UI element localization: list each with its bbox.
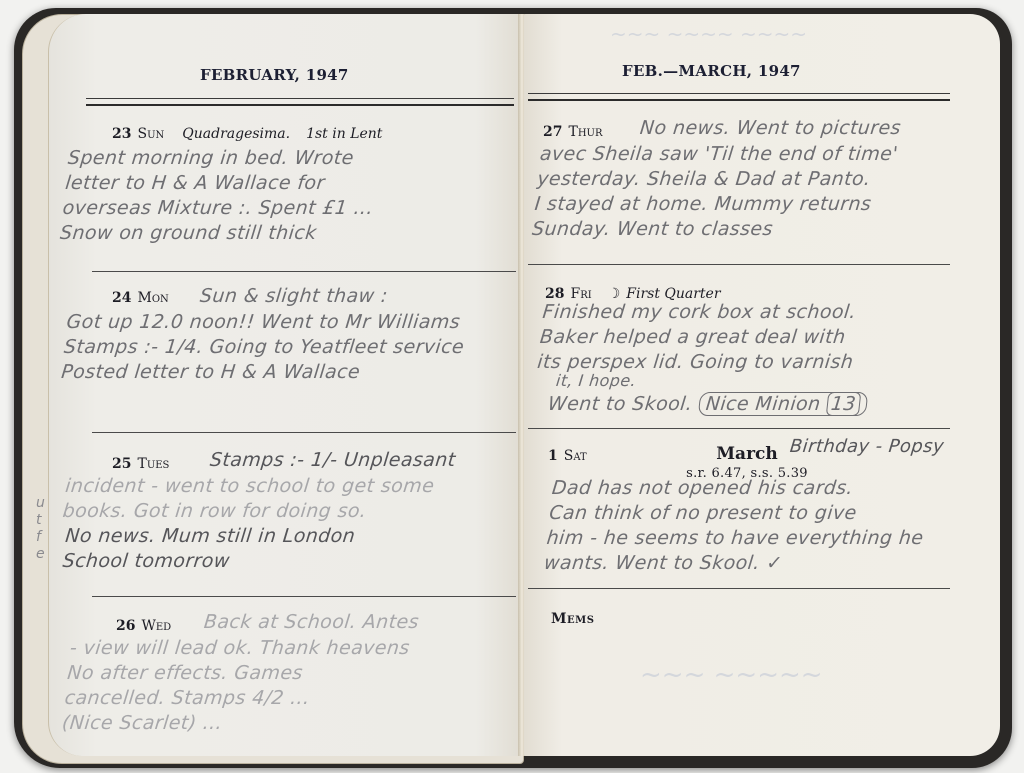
day-number: 1 bbox=[548, 448, 558, 464]
entry-line: Got up 12.0 noon!! Went to Mr Williams bbox=[65, 310, 468, 335]
day-divider bbox=[92, 596, 516, 597]
day-label-27: 27Thur bbox=[543, 124, 603, 140]
entry-line: letter to H & A Wallace for bbox=[64, 171, 377, 196]
day-weekday: Sat bbox=[564, 448, 587, 464]
entry-27: avec Sheila saw 'Til the end of time' ye… bbox=[531, 142, 900, 242]
entry-line: Went to Skool. Nice Minion 13 bbox=[547, 392, 869, 417]
entry-line: (Nice Scarlet) ... bbox=[61, 711, 403, 736]
boxed-count: 13 bbox=[826, 392, 862, 416]
bleed-through-text: ~~~ ~~~~ ~~~~ bbox=[610, 22, 807, 46]
entry-25-first-line: Stamps :- 1/- Unpleasant bbox=[209, 448, 457, 473]
day-weekday: Sun bbox=[137, 126, 164, 142]
entry-25-faint: incident - went to school to get some bo… bbox=[61, 474, 435, 524]
entry-line: Sunday. Went to classes bbox=[531, 217, 892, 242]
entry-line: I stayed at home. Mummy returns bbox=[533, 192, 894, 217]
entry-23: Spent morning in bed. Wrote letter to H … bbox=[59, 146, 380, 246]
entry-28-aside: it, I hope. bbox=[555, 372, 637, 390]
liturgical-note: Quadragesima. bbox=[182, 126, 290, 142]
entry-line: Snow on ground still thick bbox=[59, 221, 372, 246]
right-page-header: FEB.—MARCH, 1947 bbox=[622, 62, 801, 80]
entry-line: Birthday - Popsy bbox=[789, 434, 946, 459]
entry-line: Back at School. Antes bbox=[203, 610, 421, 635]
day-weekday: Mon bbox=[137, 290, 168, 306]
boxed-note: Nice Minion 13 bbox=[698, 392, 869, 416]
day-label-24: 24Mon bbox=[112, 290, 169, 306]
header-divider bbox=[528, 93, 950, 101]
day-divider bbox=[92, 271, 516, 272]
day-weekday: Tues bbox=[137, 456, 169, 472]
boxed-note-text: Nice Minion bbox=[705, 393, 822, 415]
day-divider bbox=[528, 588, 950, 589]
day-number: 26 bbox=[116, 618, 135, 634]
day-label-26: 26Wed bbox=[116, 618, 171, 634]
entry-line: wants. Went to Skool. ✓ bbox=[543, 551, 922, 576]
entry-line: Finished my cork box at school. bbox=[541, 300, 860, 325]
day-label-23: 23SunQuadragesima.1st in Lent bbox=[112, 126, 382, 142]
entry-28-last: Went to Skool. Nice Minion 13 bbox=[547, 392, 869, 417]
day-divider bbox=[92, 432, 516, 433]
margin-scribble: utfe bbox=[36, 495, 45, 563]
entry-line: No news. Went to pictures bbox=[639, 116, 903, 141]
lent-note: 1st in Lent bbox=[306, 126, 382, 142]
entry-line: avec Sheila saw 'Til the end of time' bbox=[539, 142, 900, 167]
entry-27-first-line: No news. Went to pictures bbox=[639, 116, 903, 141]
entry-line: overseas Mixture :. Spent £1 ... bbox=[61, 196, 374, 221]
entry-line: School tomorrow bbox=[61, 549, 354, 574]
entry-line: yesterday. Sheila & Dad at Panto. bbox=[536, 167, 897, 192]
day-number: 27 bbox=[543, 124, 562, 140]
day-weekday: Wed bbox=[141, 618, 171, 634]
entry-line: incident - went to school to get some bbox=[64, 474, 436, 499]
entry-line: Stamps :- 1/4. Going to Yeatfleet servic… bbox=[63, 335, 466, 360]
entry-line: him - he seems to have everything he bbox=[545, 526, 924, 551]
entry-line: No news. Mum still in London bbox=[64, 524, 357, 549]
entry-line: Spent morning in bed. Wrote bbox=[67, 146, 380, 171]
entry-line: cancelled. Stamps 4/2 ... bbox=[63, 686, 405, 711]
entry-line: Dad has not opened his cards. bbox=[551, 476, 930, 501]
entry-24: Got up 12.0 noon!! Went to Mr Williams S… bbox=[60, 310, 468, 385]
entry-25: No news. Mum still in London School tomo… bbox=[61, 524, 356, 574]
entry-1: Dad has not opened his cards. Can think … bbox=[543, 476, 930, 576]
entry-line: Sun & slight thaw : bbox=[199, 284, 389, 309]
left-page-header: FEBRUARY, 1947 bbox=[200, 66, 349, 84]
day-number: 24 bbox=[112, 290, 131, 306]
entry-line: books. Got in row for doing so. bbox=[61, 499, 433, 524]
day-number: 25 bbox=[112, 456, 131, 472]
entry-line: - view will lead ok. Thank heavens bbox=[69, 636, 411, 661]
day-weekday: Thur bbox=[568, 124, 602, 140]
entry-line: Can think of no present to give bbox=[548, 501, 927, 526]
entry-line: it, I hope. bbox=[555, 372, 637, 390]
went-to-school-text: Went to Skool. bbox=[547, 393, 694, 415]
day-label-25: 25Tues bbox=[112, 456, 169, 472]
entry-line: Stamps :- 1/- Unpleasant bbox=[209, 448, 457, 473]
entry-line: Posted letter to H & A Wallace bbox=[60, 360, 463, 385]
day-divider bbox=[528, 264, 950, 265]
entry-26-first-line: Back at School. Antes bbox=[203, 610, 421, 635]
day-label-1: 1Sat bbox=[548, 448, 587, 464]
birthday-annotation: Birthday - Popsy bbox=[789, 434, 946, 459]
entry-line: Baker helped a great deal with bbox=[539, 325, 858, 350]
day-divider bbox=[528, 428, 950, 429]
entry-line: No after effects. Games bbox=[66, 661, 408, 686]
day-number: 23 bbox=[112, 126, 131, 142]
entry-26: - view will lead ok. Thank heavens No af… bbox=[61, 636, 411, 736]
entry-24-first-line: Sun & slight thaw : bbox=[199, 284, 389, 309]
header-divider bbox=[86, 98, 514, 106]
entry-28: Finished my cork box at school. Baker he… bbox=[536, 300, 860, 375]
mems-label: Mems bbox=[551, 611, 594, 627]
bleed-through-text: ~~~ ~~~~~ bbox=[640, 660, 823, 690]
